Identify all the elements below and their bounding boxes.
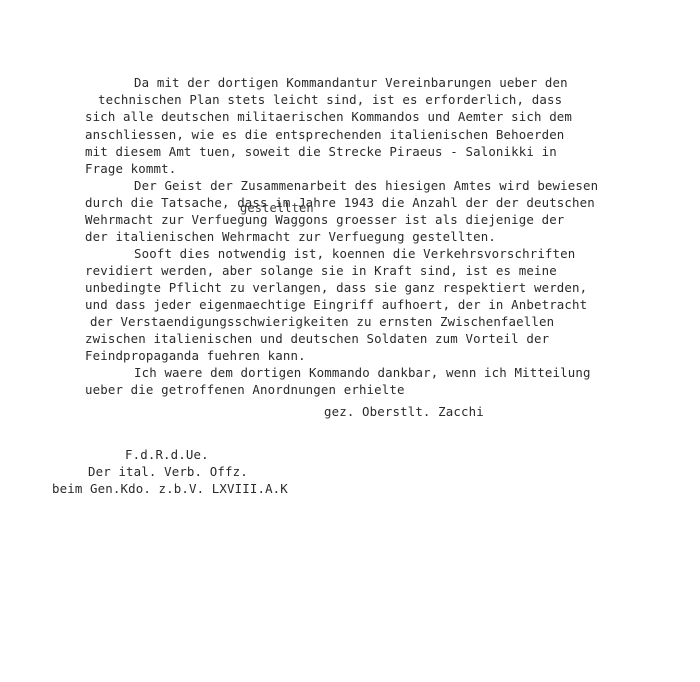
letter-line: anschliessen, wie es die entsprechenden …	[85, 126, 564, 143]
letter-line: Ich waere dem dortigen Kommando dankbar,…	[134, 364, 591, 381]
letter-line: Der Geist der Zusammenarbeit des hiesige…	[134, 177, 598, 194]
letter-line: der Verstaendigungsschwierigkeiten zu er…	[90, 313, 554, 330]
typewritten-letter-page: Da mit der dortigen Kommandantur Vereinb…	[0, 0, 700, 682]
letter-line: Sooft dies notwendig ist, koennen die Ve…	[134, 245, 575, 262]
letter-line: unbedingte Pflicht zu verlangen, dass si…	[85, 279, 587, 296]
letter-line: der italienischen Wehrmacht zur Verfuegu…	[85, 228, 496, 245]
letter-line: mit diesem Amt tuen, soweit die Strecke …	[85, 143, 557, 160]
letter-line: Da mit der dortigen Kommandantur Vereinb…	[134, 74, 568, 91]
letter-line: sich alle deutschen militaerischen Komma…	[85, 108, 572, 125]
footer-line: Der ital. Verb. Offz.	[88, 464, 248, 479]
footer-line: F.d.R.d.Ue.	[125, 447, 209, 462]
letter-line: revidiert werden, aber solange sie in Kr…	[85, 262, 557, 279]
letter-line: zwischen italienischen und deutschen Sol…	[85, 330, 549, 347]
footer-line: beim Gen.Kdo. z.b.V. LXVIII.A.K	[52, 481, 288, 496]
letter-line: ueber die getroffenen Anordnungen erhiel…	[85, 381, 405, 398]
letter-line: Feindpropaganda fuehren kann.	[85, 347, 306, 364]
letter-line: und dass jeder eigenmaechtige Eingriff a…	[85, 296, 587, 313]
letter-line: Frage kommt.	[85, 160, 176, 177]
letter-line: Wehrmacht zur Verfuegung Waggons groesse…	[85, 211, 564, 228]
letter-line: durch die Tatsache, dass im Jahre 1943 d…	[85, 194, 595, 211]
letter-line: technischen Plan stets leicht sind, ist …	[98, 91, 562, 108]
signature-line: gez. Oberstlt. Zacchi	[324, 404, 484, 419]
